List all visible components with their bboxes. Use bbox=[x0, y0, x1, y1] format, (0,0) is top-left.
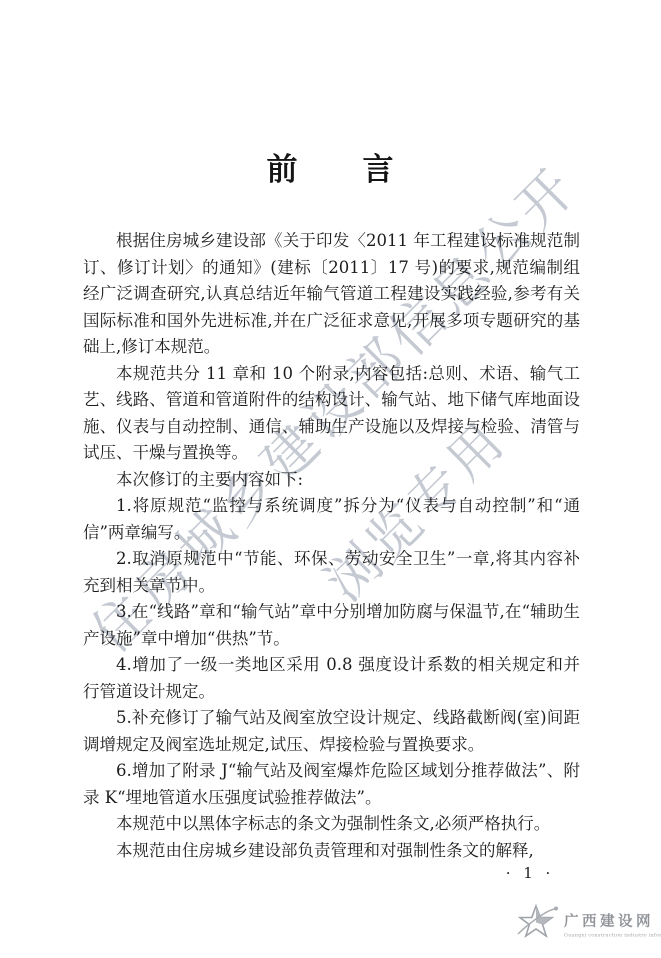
site-logo: 广西建设网 Guangxi construction industry info… bbox=[512, 898, 657, 950]
paragraph-management: 本规范由住房城乡建设部负责管理和对强制性条文的解释, bbox=[83, 838, 580, 865]
paragraph-item-1: 1.将原规范“监控与系统调度”拆分为“仪表与自动控制”和“通信”两章编写。 bbox=[83, 493, 580, 546]
document-body: 根据住房城乡建设部《关于印发〈2011 年工程建设标准规范制订、修订计划〉的通知… bbox=[83, 228, 580, 864]
site-logo-text: 广西建设网 Guangxi construction industry info… bbox=[564, 910, 661, 939]
paragraph-item-6: 6.增加了附录 J“输气站及阀室爆炸危险区域划分推荐做法”、附录 K“埋地管道水… bbox=[83, 758, 580, 811]
page-title: 前 言 bbox=[0, 144, 661, 189]
paragraph-item-4: 4.增加了一级一类地区采用 0.8 强度设计系数的相关规定和并行管道设计规定。 bbox=[83, 652, 580, 705]
star-swoosh-icon bbox=[512, 898, 560, 950]
document-page: 住房城乡建设部信息公开 浏览专用 前 言 根据住房城乡建设部《关于印发〈2011… bbox=[0, 0, 661, 958]
paragraph-mandatory: 本规范中以黑体字标志的条文为强制性条文,必须严格执行。 bbox=[83, 811, 580, 838]
page-number: · 1 · bbox=[480, 864, 580, 882]
site-name: 广西建设网 bbox=[564, 910, 661, 931]
paragraph-item-3: 3.在“线路”章和“输气站”章中分别增加防腐与保温节,在“辅助生产设施”章中增加… bbox=[83, 599, 580, 652]
paragraph-item-5: 5.补充修订了输气站及阀室放空设计规定、线路截断阀(室)间距调增规定及阀室选址规… bbox=[83, 705, 580, 758]
paragraph-revisions-lead: 本次修订的主要内容如下: bbox=[83, 467, 580, 494]
paragraph-intro: 根据住房城乡建设部《关于印发〈2011 年工程建设标准规范制订、修订计划〉的通知… bbox=[83, 228, 580, 361]
paragraph-item-2: 2.取消原规范中“节能、环保、劳动安全卫生”一章,将其内容补充到相关章节中。 bbox=[83, 546, 580, 599]
site-tagline: Guangxi construction industry informatio… bbox=[564, 933, 661, 938]
paragraph-contents: 本规范共分 11 章和 10 个附录,内容包括:总则、术语、输气工艺、线路、管道… bbox=[83, 361, 580, 467]
